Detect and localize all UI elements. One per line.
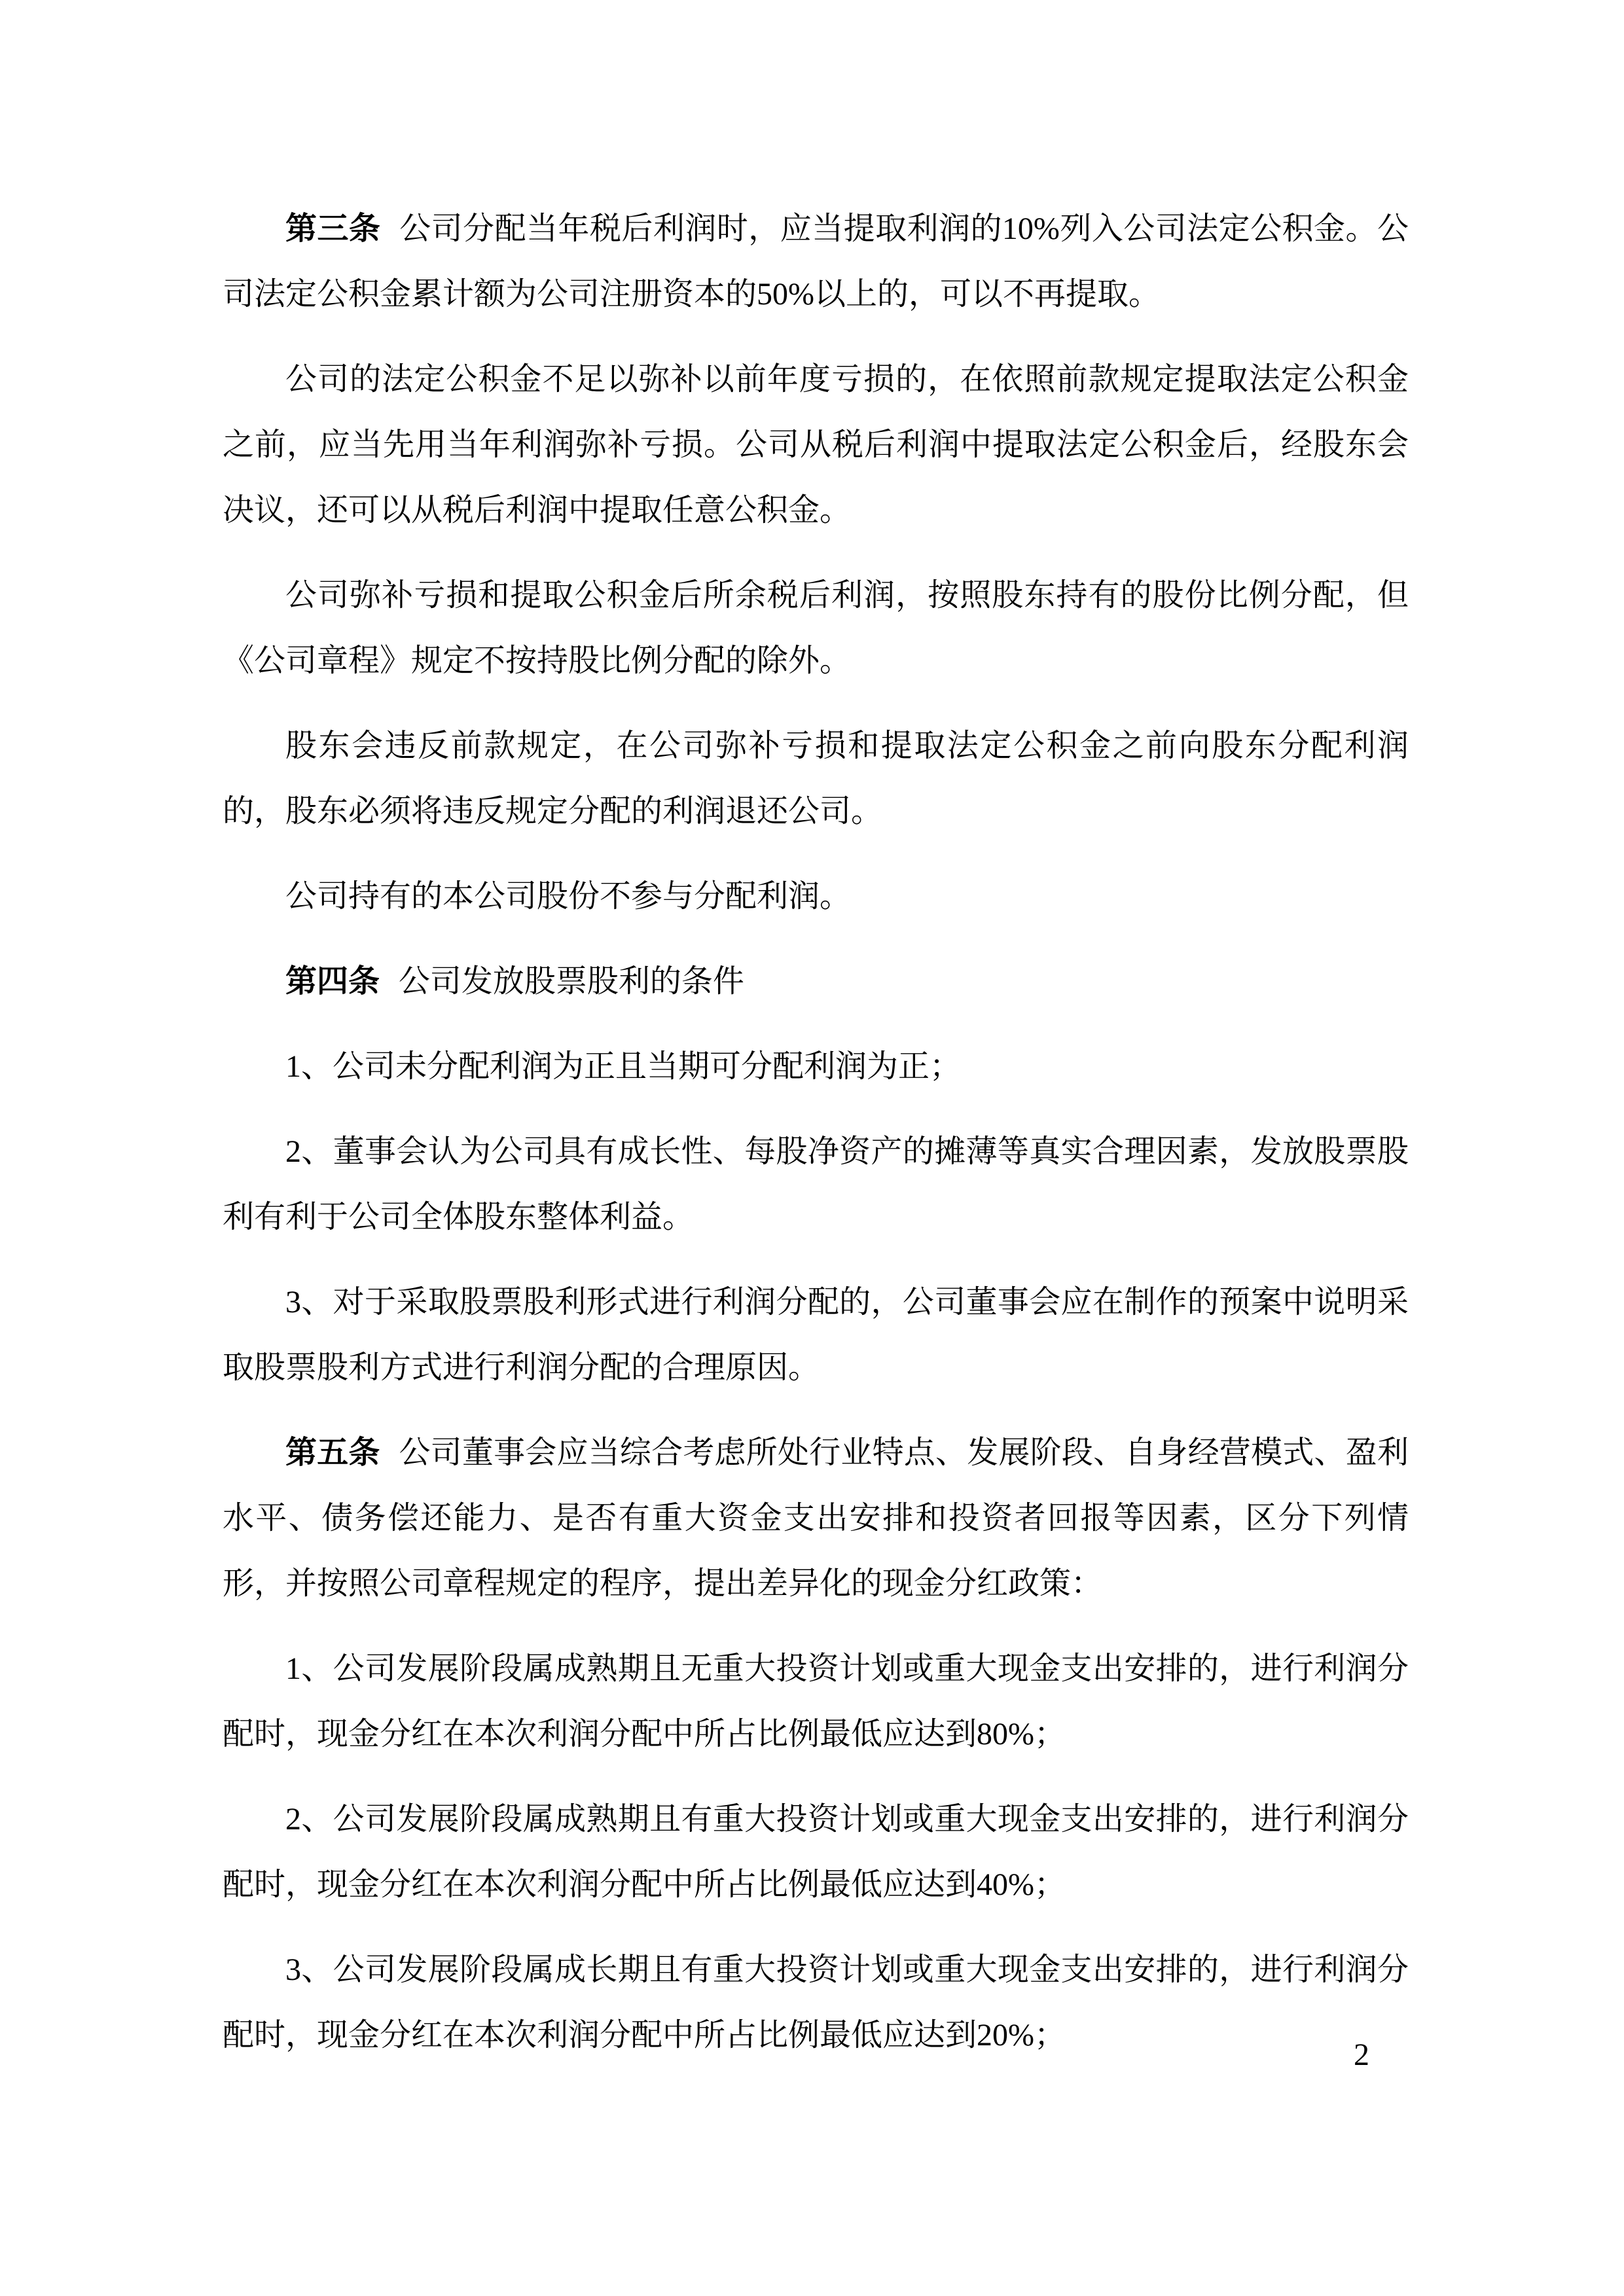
paragraph-text: 公司的法定公积金不足以弥补以前年度亏损的，在依照前款规定提取法定公积金之前，应当… bbox=[223, 362, 1409, 528]
paragraph: 2、董事会认为公司具有成长性、每股净资产的摊薄等真实合理因素，发放股票股利有利于… bbox=[223, 1119, 1409, 1250]
paragraph-text: 公司发放股票股利的条件 bbox=[399, 964, 744, 999]
article-label: 第四条 bbox=[285, 964, 380, 999]
paragraph: 1、公司发展阶段属成熟期且无重大投资计划或重大现金支出安排的，进行利润分配时，现… bbox=[223, 1636, 1409, 1767]
paragraph-text: 2、公司发展阶段属成熟期且有重大投资计划或重大现金支出安排的，进行利润分配时，现… bbox=[223, 1802, 1409, 1902]
paragraph: 3、公司发展阶段属成长期且有重大投资计划或重大现金支出安排的，进行利润分配时，现… bbox=[223, 1937, 1409, 2068]
paragraph: 3、对于采取股票股利形式进行利润分配的，公司董事会应在制作的预案中说明采取股票股… bbox=[223, 1270, 1409, 1401]
paragraph-text: 公司分配当年税后利润时，应当提取利润的10%列入公司法定公积金。公司法定公积金累… bbox=[223, 211, 1409, 312]
paragraph-text: 1、公司未分配利润为正且当期可分配利润为正； bbox=[285, 1049, 961, 1084]
paragraph: 第三条公司分配当年税后利润时，应当提取利润的10%列入公司法定公积金。公司法定公… bbox=[223, 196, 1409, 327]
article-label: 第五条 bbox=[285, 1435, 380, 1470]
paragraph: 公司的法定公积金不足以弥补以前年度亏损的，在依照前款规定提取法定公积金之前，应当… bbox=[223, 347, 1409, 543]
page-number: 2 bbox=[1354, 2037, 1369, 2073]
paragraph: 股东会违反前款规定，在公司弥补亏损和提取法定公积金之前向股东分配利润的，股东必须… bbox=[223, 713, 1409, 844]
document-body: 第三条公司分配当年税后利润时，应当提取利润的10%列入公司法定公积金。公司法定公… bbox=[223, 196, 1409, 2088]
paragraph: 第五条公司董事会应当综合考虑所处行业特点、发展阶段、自身经营模式、盈利水平、债务… bbox=[223, 1420, 1409, 1617]
paragraph-text: 3、公司发展阶段属成长期且有重大投资计划或重大现金支出安排的，进行利润分配时，现… bbox=[223, 1952, 1409, 2053]
paragraph-text: 公司董事会应当综合考虑所处行业特点、发展阶段、自身经营模式、盈利水平、债务偿还能… bbox=[223, 1435, 1409, 1601]
paragraph-text: 1、公司发展阶段属成熟期且无重大投资计划或重大现金支出安排的，进行利润分配时，现… bbox=[223, 1651, 1409, 1751]
paragraph-text: 3、对于采取股票股利形式进行利润分配的，公司董事会应在制作的预案中说明采取股票股… bbox=[223, 1285, 1409, 1385]
paragraph: 公司弥补亏损和提取公积金后所余税后利润，按照股东持有的股份比例分配，但《公司章程… bbox=[223, 563, 1409, 694]
article-label: 第三条 bbox=[285, 211, 380, 246]
paragraph-text: 公司弥补亏损和提取公积金后所余税后利润，按照股东持有的股份比例分配，但《公司章程… bbox=[223, 578, 1409, 678]
paragraph-text: 2、董事会认为公司具有成长性、每股净资产的摊薄等真实合理因素，发放股票股利有利于… bbox=[223, 1134, 1409, 1234]
paragraph: 1、公司未分配利润为正且当期可分配利润为正； bbox=[223, 1034, 1409, 1100]
paragraph: 第四条公司发放股票股利的条件 bbox=[223, 949, 1409, 1014]
paragraph-text: 股东会违反前款规定，在公司弥补亏损和提取法定公积金之前向股东分配利润的，股东必须… bbox=[223, 728, 1409, 829]
paragraph: 公司持有的本公司股份不参与分配利润。 bbox=[223, 864, 1409, 929]
paragraph: 2、公司发展阶段属成熟期且有重大投资计划或重大现金支出安排的，进行利润分配时，现… bbox=[223, 1787, 1409, 1918]
document-page: 第三条公司分配当年税后利润时，应当提取利润的10%列入公司法定公积金。公司法定公… bbox=[0, 0, 1624, 2296]
paragraph-text: 公司持有的本公司股份不参与分配利润。 bbox=[285, 879, 851, 914]
